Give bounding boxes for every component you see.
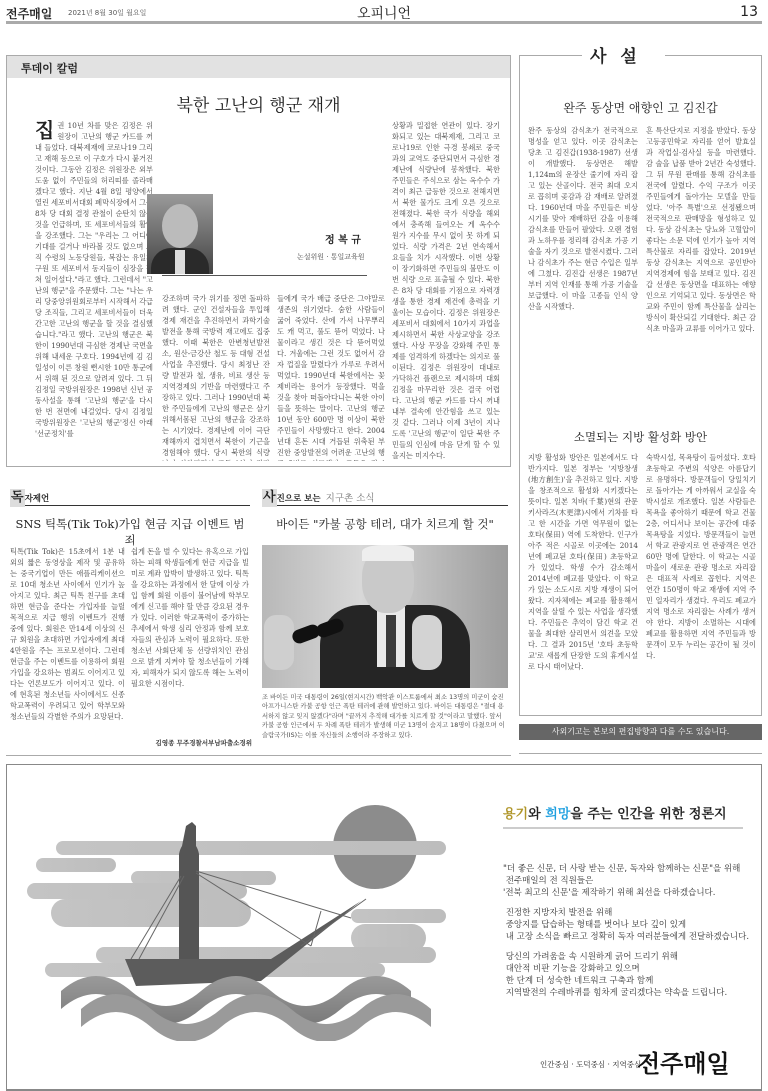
editorial-headline-2: 소멸되는 지방 활성화 방안 <box>520 429 761 445</box>
divider <box>6 755 511 756</box>
header-divider <box>6 21 762 24</box>
today-column-text-col1: 집권 10년 차를 맞은 김정은 위원장이 고난의 행군 카드를 꺼내 들었다.… <box>35 120 153 460</box>
ship-illustration-icon <box>21 791 461 1041</box>
ad-paragraph-2: 진정한 지방자치 발전을 위해 중앙지를 답습하는 형태를 벗어나 보다 깊이 … <box>503 907 749 943</box>
divider <box>519 753 762 754</box>
photo-caption: 조 바이든 미국 대통령이 26일(현지시간) 백악관 이스트룸에서 최소 13… <box>262 693 508 740</box>
page-number: 13 <box>740 4 758 20</box>
today-column-text-col2: 강조하며 국가 위기를 정면 돌파하려 했다. 군인 건설자들을 투입해 경제 … <box>162 293 270 461</box>
today-column-text-col4: 상황과 밀접한 연관이 있다. 장기화되고 있는 대북제재, 그리고 코로나19… <box>392 120 500 460</box>
world-photo-header: 사진으로 보는 지구촌 소식 <box>262 486 508 506</box>
masthead: 전주매일 2021년 8월 30일 월요일 오피니언 13 <box>6 2 762 22</box>
editorial-box: 사 설 완주 동상면 애향인 고 김진갑 완주 동상의 감식초가 전국적으로 명… <box>519 55 762 716</box>
author-name: 정 복 규 <box>325 231 361 246</box>
author-photo <box>147 194 213 274</box>
today-column-headline: 북한 고난의 행군 재개 <box>7 91 510 116</box>
editorial-headline-1: 완주 동상면 애향인 고 김진갑 <box>520 99 761 116</box>
ad-slogan: 용기와 희망을 주는 인간을 위한 정론지 <box>503 803 727 822</box>
slogan-divider <box>503 827 743 829</box>
editorial-label: 사 설 <box>590 42 641 67</box>
newspaper-ad-box: 용기와 희망을 주는 인간을 위한 정론지 "더 좋은 신문, 더 사랑 받는 … <box>6 764 762 1091</box>
ad-brand-logo: 전주매일 <box>637 1044 730 1079</box>
ad-paragraph-1: "더 좋은 신문, 더 사랑 받는 신문, 독자와 함께하는 신문"을 위해 전… <box>503 863 740 899</box>
reader-section-header: 독자제언 <box>10 486 250 506</box>
reader-headline: SNS 틱톡(Tik Tok)가입 현금 지급 이벤트 범죄 <box>10 516 250 548</box>
ad-motto: 인간중심 · 도덕중심 · 지역중심 <box>540 1059 641 1070</box>
reader-signature: 김영종 무주경찰서부남파출소경위 <box>131 738 252 747</box>
today-column-text-col3: 들에게 국가 배급 중단은 그야말로 생존의 위기였다. 숨한 사람들이 굶어 … <box>277 293 385 461</box>
world-photo-headline: 바이든 "카불 공항 테러, 대가 치르게 할 것" <box>262 516 508 532</box>
reader-col1: 틱톡(Tik Tok)은 15초에서 1분 내외의 짧은 동영상을 제작 및 공… <box>10 546 125 744</box>
ad-paragraph-3: 당신의 가려움을 속 시원하게 긁어 드리기 위해 대안적 비판 기능을 강화하… <box>503 951 727 999</box>
reader-col2: 쉽게 돈을 벌 수 있다는 유혹으로 가입하는 피해 학생들에게 현금 지급을 … <box>131 546 249 734</box>
byline-divider <box>162 275 367 276</box>
editorial-1-col1: 완주 동상의 감식초가 전국적으로 명성을 얻고 있다. 이곳 감식초는 당초 … <box>528 125 638 419</box>
author-role: 논설위원 · 통일교육원 <box>297 252 365 262</box>
editorial-2-col2: 숙박시설, 목욕탕이 들어섰다. 호타 초등학교 주변의 석양은 아름답기로 유… <box>646 452 756 712</box>
news-photo <box>262 545 508 688</box>
disclaimer-banner: 사외기고는 본보의 편집방향과 다를 수도 있습니다. <box>519 724 762 740</box>
today-column-box: 투데이 칼럼 북한 고난의 행군 재개 집권 10년 차를 맞은 김정은 위원장… <box>6 55 511 467</box>
dropcap: 집 <box>35 120 54 140</box>
editorial-1-col2: 흔 특산단지로 지정을 받았다. 동상고등공민학교 자리를 얻어 발효실과 작업… <box>646 125 756 419</box>
editorial-2-col1: 지방 활성화 방안은 일본에서도 다반가지다. 일본 정부는 '지방창생(地方創… <box>528 452 638 712</box>
section-title: 오피니언 <box>6 3 762 23</box>
today-column-label: 투데이 칼럼 <box>7 56 510 78</box>
